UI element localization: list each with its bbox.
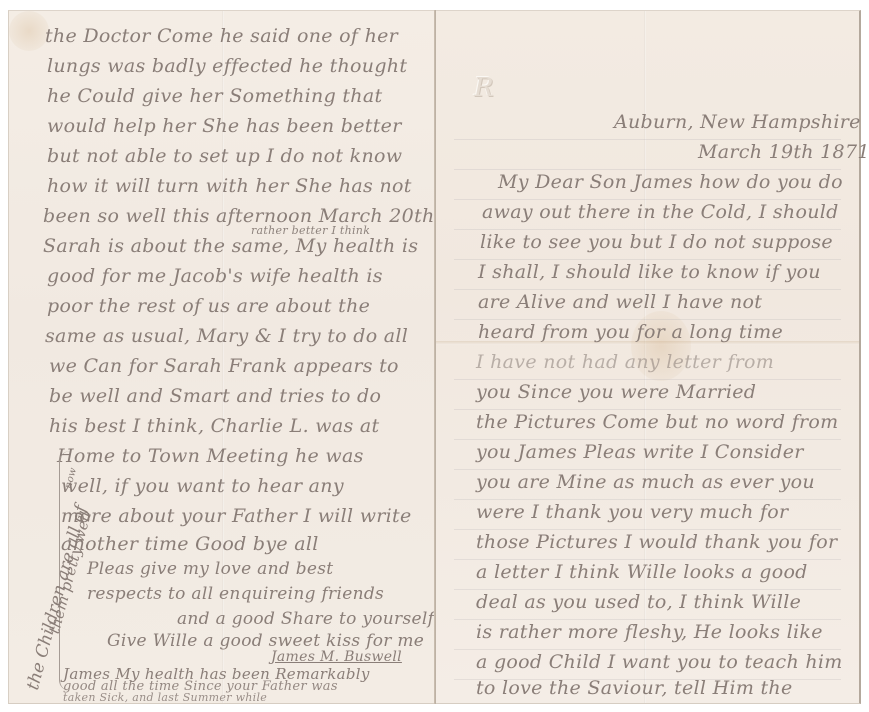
left-line-13: be well and Smart and tries to do: [49, 385, 381, 407]
left-line-11: same as usual, Mary & I try to do all: [45, 325, 408, 347]
left-line-20: respects to all enquireing friends: [87, 584, 384, 604]
letter-date: March 19th 1871: [698, 141, 869, 163]
left-line-4: would help her She has been better: [47, 115, 402, 137]
right-line-4: I shall, I should like to know if you: [478, 261, 821, 283]
letter-page-right: R Auburn, New Hampshire March 19th 1871 …: [436, 10, 861, 704]
left-line-1: the Doctor Come he said one of her: [45, 25, 398, 47]
left-line-9: good for me Jacob's wife health is: [47, 265, 383, 287]
left-line-8: Sarah is about the same, My health is: [43, 235, 418, 257]
right-line-17: a good Child I want you to teach him: [476, 651, 843, 673]
right-line-7: I have not had any letter from: [476, 351, 774, 373]
left-line-14: his best I think, Charlie L. was at: [49, 415, 379, 437]
left-line-19: Pleas give my love and best: [87, 559, 333, 579]
right-line-18: to love the Saviour, tell Him the: [476, 677, 793, 699]
right-line-2: away out there in the Cold, I should: [482, 201, 839, 223]
left-line-2: lungs was badly effected he thought: [47, 55, 407, 77]
left-line-7: been so well this afternoon March 20th: [43, 205, 435, 227]
left-line-5: but not able to set up I do not know: [47, 145, 402, 167]
left-line-16: well, if you want to hear any: [61, 475, 344, 497]
letter-page-left: the Doctor Come he said one of her lungs…: [8, 10, 436, 704]
left-line-15: Home to Town Meeting he was: [57, 445, 364, 467]
left-line-17: more about your Father I will write: [61, 505, 412, 527]
letter-place: Auburn, New Hampshire: [614, 111, 861, 133]
right-line-11: you are Mine as much as ever you: [476, 471, 815, 493]
left-line-6: how it will turn with her She has not: [47, 175, 412, 197]
left-line-21: and a good Share to yourself: [177, 609, 434, 629]
left-line-3: he Could give her Something that: [47, 85, 382, 107]
right-line-5: are Alive and well I have not: [478, 291, 762, 313]
embossed-monogram: R: [474, 73, 494, 103]
left-line-26: taken Sick, and last Summer while: [63, 691, 267, 704]
right-line-10: you James Pleas write I Consider: [476, 441, 804, 463]
right-line-6: heard from you for a long time: [478, 321, 783, 343]
left-line-10: poor the rest of us are about the: [47, 295, 370, 317]
right-line-12: were I thank you very much for: [476, 501, 788, 523]
right-line-14: a letter I think Wille looks a good: [476, 561, 808, 583]
right-line-16: is rather more fleshy, He looks like: [476, 621, 823, 643]
left-line-22: Give Wille a good sweet kiss for me: [107, 631, 424, 651]
right-line-15: deal as you used to, I think Wille: [476, 591, 801, 613]
left-line-18: another time Good bye all: [61, 533, 319, 555]
left-line-12: we Can for Sarah Frank appears to: [49, 355, 399, 377]
right-line-3: like to see you but I do not suppose: [480, 231, 833, 253]
signature-james: James M. Buswell: [271, 649, 402, 665]
right-line-13: those Pictures I would thank you for: [476, 531, 837, 553]
right-line-9: the Pictures Come but no word from: [476, 411, 838, 433]
right-line-1: My Dear Son James how do you do: [498, 171, 843, 193]
right-line-8: you Since you were Married: [476, 381, 756, 403]
